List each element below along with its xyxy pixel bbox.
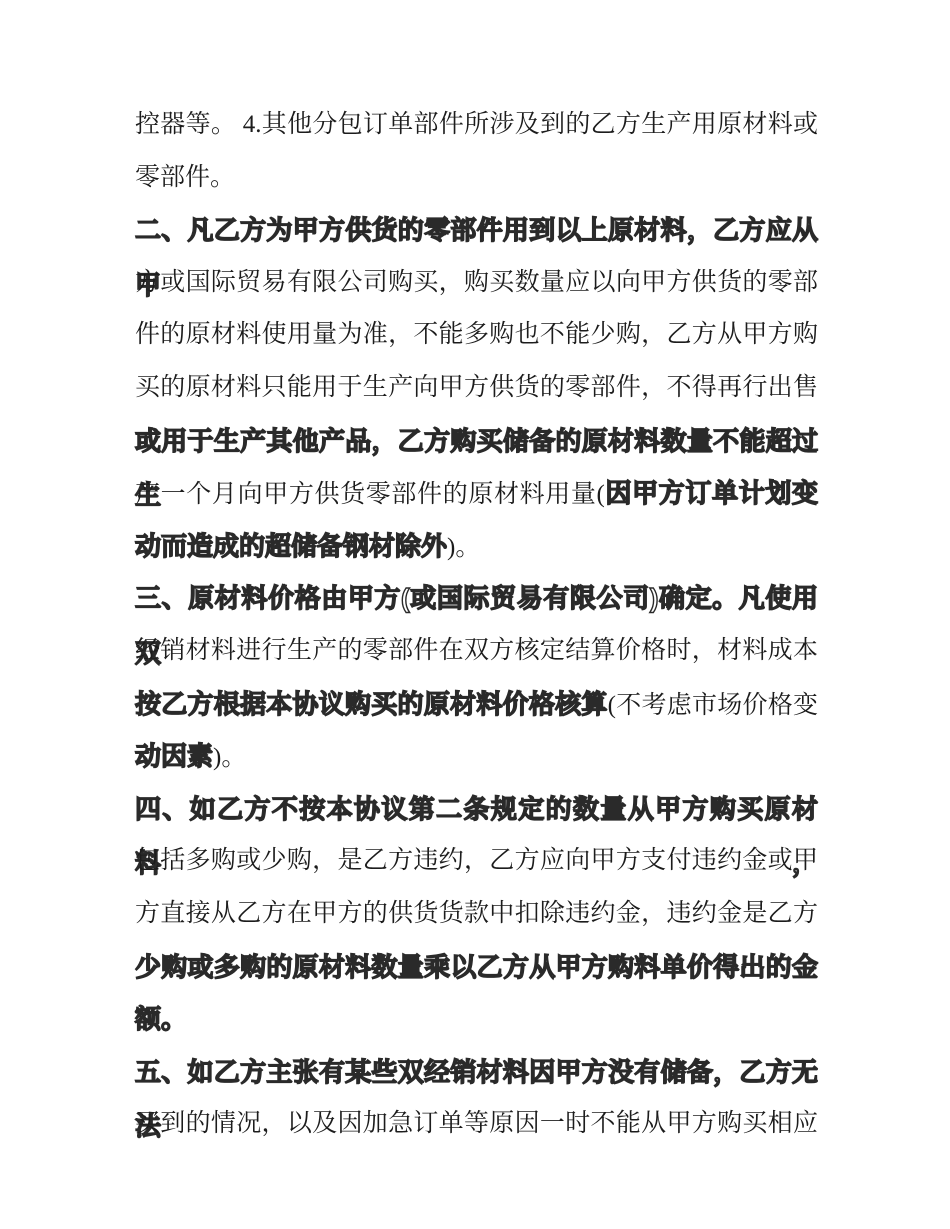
text-line: 按乙方根据本协议购买的原材料价格核算(不考虑市场价格变: [135, 678, 818, 731]
text-line: 经销材料进行生产的零部件在双方核定结算价格时，材料成本: [135, 625, 818, 678]
text-line: 买的原材料只能用于生产向甲方供货的零部件，不得再行出售: [135, 362, 818, 415]
text-segment-regular: 买的原材料只能用于生产向甲方供货的零部件，不得再行出售: [135, 374, 818, 401]
text-segment-regular: 经销材料进行生产的零部件在双方核定结算价格时，材料成本: [135, 637, 818, 664]
text-segment-outline: 少购或多购的原材料数量乘以乙方从甲方购料单价得出的金: [135, 952, 818, 982]
text-line: 四、如乙方不按本协议第二条规定的数量从甲方购买原材料，: [135, 783, 818, 836]
text-line: 方或国际贸易有限公司购买，购买数量应以向甲方供货的零部: [135, 257, 818, 310]
text-segment-outline: 按乙方根据本协议购买的原材料价格核算: [135, 689, 608, 719]
text-line: 或用于生产其他产品，乙方购买储备的原材料数量不能超过生: [135, 415, 818, 468]
text-segment-outline: 动因素: [135, 741, 213, 771]
text-line: 三、原材料价格由甲方(或国际贸易有限公司)确定。凡使用双: [135, 572, 818, 625]
text-line: 动而造成的超储备钢材除外)。: [135, 520, 818, 573]
text-segment-regular: 包括多购或少购，是乙方违约，乙方应向甲方支付违约金或甲: [135, 847, 818, 874]
document-text-block: 控器等。 4.其他分包订单部件所涉及到的乙方生产用原材料或零部件。二、凡乙方为甲…: [0, 0, 950, 1151]
text-segment-regular: 方或国际贸易有限公司购买，购买数量应以向甲方供货的零部: [135, 269, 818, 296]
text-segment-outline: 因甲方订单计划变: [605, 478, 818, 508]
text-segment-regular: (不考虑市场价格变: [608, 692, 818, 719]
text-segment-regular: 控器等。 4.其他分包订单部件所涉及到的乙方生产用原材料或: [135, 111, 818, 138]
text-line: 产一个月向甲方供货零部件的原材料用量(因甲方订单计划变: [135, 467, 818, 520]
text-line: 五、如乙方主张有某些双经销材料因甲方没有储备，乙方无法: [135, 1046, 818, 1099]
text-line: 二、凡乙方为甲方供货的零部件用到以上原材料，乙方应从甲: [135, 204, 818, 257]
text-line: 方直接从乙方在甲方的供货货款中扣除违约金，违约金是乙方: [135, 888, 818, 941]
text-line: 包括多购或少购，是乙方违约，乙方应向甲方支付违约金或甲: [135, 835, 818, 888]
text-line: 少购或多购的原材料数量乘以乙方从甲方购料单价得出的金: [135, 941, 818, 994]
text-line: 件的原材料使用量为准，不能多购也不能少购，乙方从甲方购: [135, 309, 818, 362]
text-line: 零部件。: [135, 152, 818, 205]
text-segment-regular: 产一个月向甲方供货零部件的原材料用量(: [135, 481, 605, 508]
text-segment-regular: 方直接从乙方在甲方的供货货款中扣除违约金，违约金是乙方: [135, 900, 818, 927]
text-line: 控器等。 4.其他分包订单部件所涉及到的乙方生产用原材料或: [135, 99, 818, 152]
text-line: 买到的情况，以及因加急订单等原因一时不能从甲方购买相应: [135, 1098, 818, 1151]
text-segment-regular: 件的原材料使用量为准，不能多购也不能少购，乙方从甲方购: [135, 321, 818, 348]
text-segment-regular: 零部件。: [135, 164, 235, 191]
text-segment-regular: )。: [213, 744, 246, 771]
text-line: 动因素)。: [135, 730, 818, 783]
text-segment-outline: 额。: [135, 1004, 187, 1034]
text-line: 额。: [135, 993, 818, 1046]
text-segment-regular: )。: [447, 534, 480, 561]
text-segment-outline: 动而造成的超储备钢材除外: [135, 531, 447, 561]
text-segment-regular: 买到的情况，以及因加急订单等原因一时不能从甲方购买相应: [135, 1110, 818, 1137]
document-page: 控器等。 4.其他分包订单部件所涉及到的乙方生产用原材料或零部件。二、凡乙方为甲…: [0, 0, 950, 1229]
